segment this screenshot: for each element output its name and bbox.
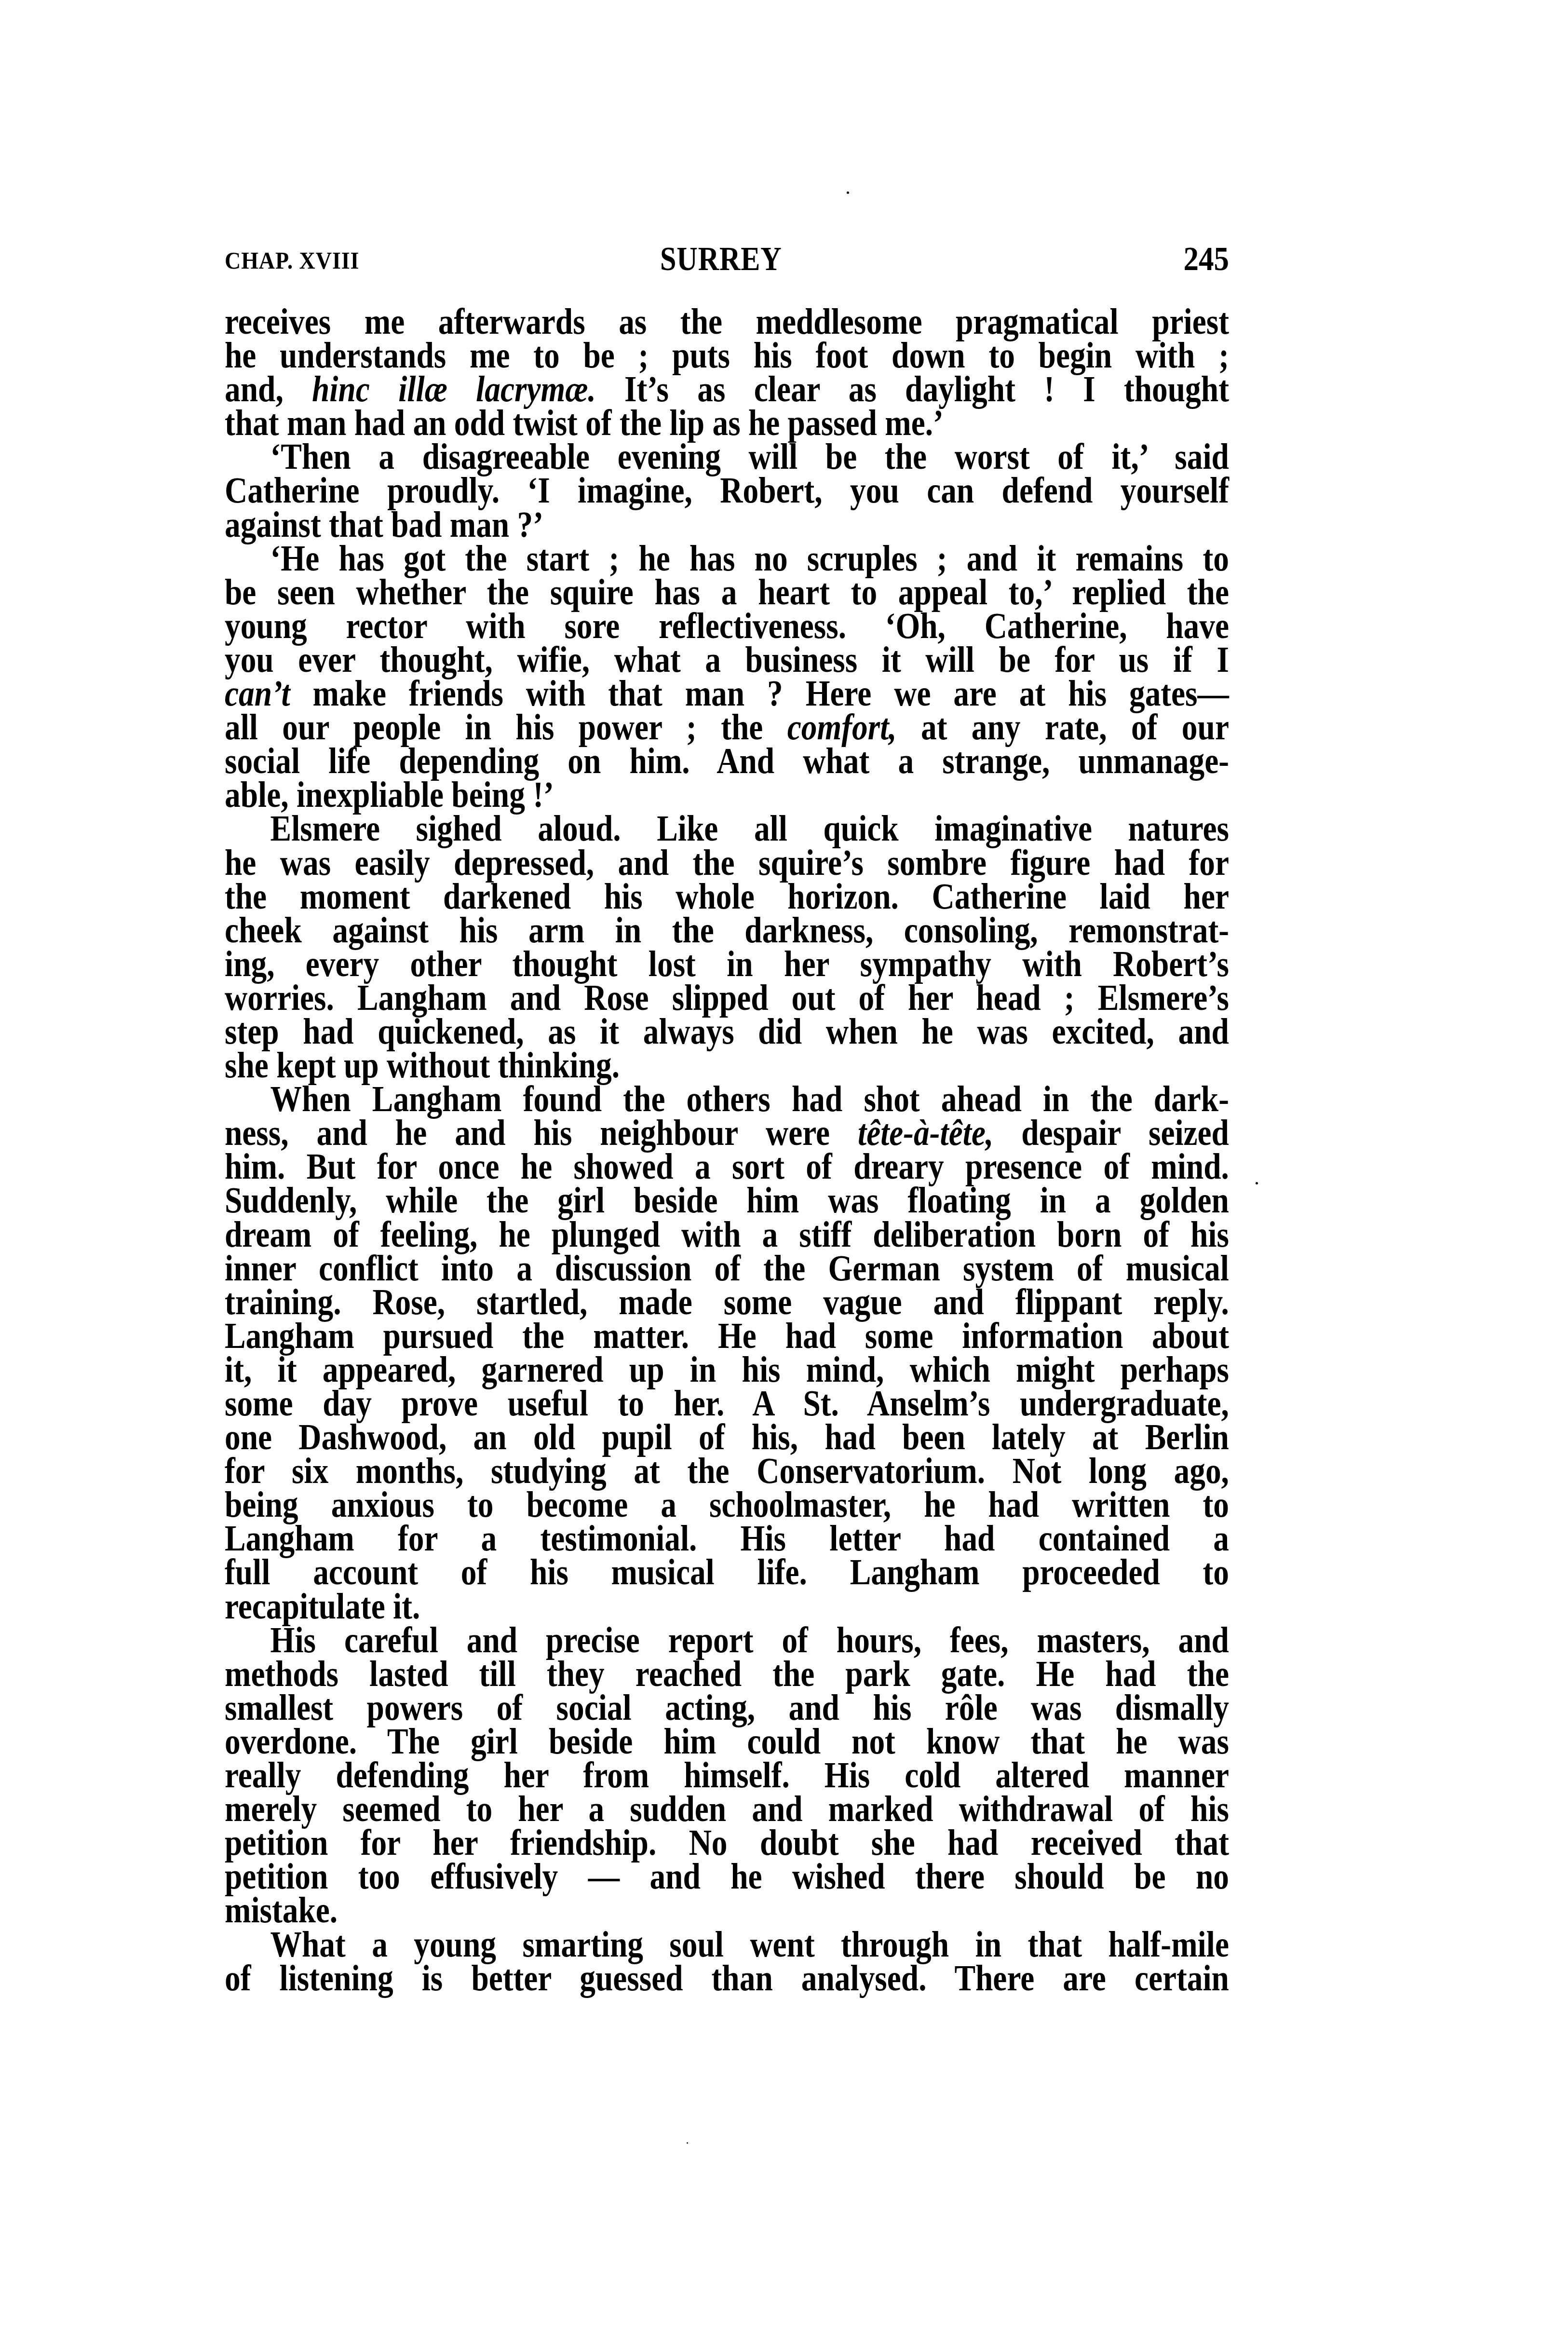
paragraph: Elsmere sighed aloud. Like all quick ima… xyxy=(225,812,1229,1082)
text-line: one Dashwood, an old pupil of his, had b… xyxy=(225,1420,1229,1454)
text-line: he understands me to be ; puts his foot … xyxy=(225,339,1229,372)
chapter-label: CHAP. XVIII xyxy=(225,246,359,275)
text-line: ness, and he and his neighbour were tête… xyxy=(225,1116,1229,1150)
text-line: all our people in his power ; the comfor… xyxy=(225,710,1229,744)
text-line: worries. Langham and Rose slipped out of… xyxy=(225,981,1229,1015)
running-title: SURREY xyxy=(660,241,782,278)
text-line: mistake. xyxy=(225,1893,1229,1927)
text-line: against that bad man ?’ xyxy=(225,508,1229,542)
text-line: he was easily depressed, and the squire’… xyxy=(225,846,1229,880)
text-line: the moment darkened his whole horizon. C… xyxy=(225,880,1229,913)
text-line: Suddenly, while the girl beside him was … xyxy=(225,1183,1229,1217)
text-line: be seen whether the squire has a heart t… xyxy=(225,575,1229,609)
text-line: able, inexpliable being !’ xyxy=(225,778,1229,812)
text-line: for six months, studying at the Conserva… xyxy=(225,1454,1229,1488)
text-line: you ever thought, wifie, what a business… xyxy=(225,643,1229,677)
text-line: full account of his musical life. Langha… xyxy=(225,1555,1229,1589)
text-line: step had quickened, as it always did whe… xyxy=(225,1015,1229,1048)
text-line: inner conflict into a discussion of the … xyxy=(225,1251,1229,1285)
text-line: What a young smarting soul went through … xyxy=(225,1928,1229,1961)
text-line: some day prove useful to her. A St. Anse… xyxy=(225,1387,1229,1420)
text-line: cheek against his arm in the darkness, c… xyxy=(225,913,1229,947)
text-line: ‘He has got the start ; he has no scrupl… xyxy=(225,542,1229,575)
paragraph: ‘He has got the start ; he has no scrupl… xyxy=(225,542,1229,812)
text-line: training. Rose, startled, made some vagu… xyxy=(225,1285,1229,1319)
paragraph: What a young smarting soul went through … xyxy=(225,1928,1229,1995)
text-line: him. But for once he showed a sort of dr… xyxy=(225,1150,1229,1183)
text-line: Elsmere sighed aloud. Like all quick ima… xyxy=(225,812,1229,845)
scan-speck xyxy=(847,191,849,194)
text-line: receives me afterwards as the meddlesome… xyxy=(225,305,1229,339)
paragraph: ‘Then a disagreeable evening will be the… xyxy=(225,440,1229,541)
text-line: merely seemed to her a sudden and marked… xyxy=(225,1792,1229,1826)
paragraph: When Langham found the others had shot a… xyxy=(225,1082,1229,1623)
running-head: CHAP. XVIII SURREY 245 xyxy=(225,0,1229,289)
text-line: of listening is better guessed than anal… xyxy=(225,1961,1229,1995)
text-line: social life depending on him. And what a… xyxy=(225,744,1229,778)
text-line: ing, every other thought lost in her sym… xyxy=(225,947,1229,981)
text-line: recapitulate it. xyxy=(225,1590,1229,1623)
text-line: really defending her from himself. His c… xyxy=(225,1758,1229,1792)
text-line: it, it appeared, garnered up in his mind… xyxy=(225,1353,1229,1387)
text-line: overdone. The girl beside him could not … xyxy=(225,1725,1229,1758)
page-number: 245 xyxy=(1184,241,1230,278)
scan-speck xyxy=(687,2142,688,2144)
text-line: petition too effusively — and he wished … xyxy=(225,1860,1229,1893)
paragraph: His careful and precise report of hours,… xyxy=(225,1623,1229,1928)
text-line: and, hinc illæ lacrymæ. It’s as clear as… xyxy=(225,372,1229,406)
text-line: Langham for a testimonial. His letter ha… xyxy=(225,1522,1229,1555)
text-line: young rector with sore reflectiveness. ‘… xyxy=(225,609,1229,643)
text-line: His careful and precise report of hours,… xyxy=(225,1623,1229,1657)
text-line: being anxious to become a schoolmaster, … xyxy=(225,1488,1229,1522)
book-page: CHAP. XVIII SURREY 245 receives me after… xyxy=(0,0,1568,2352)
text-line: she kept up without thinking. xyxy=(225,1048,1229,1082)
text-line: When Langham found the others had shot a… xyxy=(225,1082,1229,1116)
text-line: petition for her friendship. No doubt sh… xyxy=(225,1826,1229,1860)
text-run: of listening is better guessed than anal… xyxy=(225,1958,1229,1999)
text-line: dream of feeling, he plunged with a stif… xyxy=(225,1218,1229,1251)
text-run: petition too effusively — and he wished … xyxy=(225,1856,1229,1897)
text-line: methods lasted till they reached the par… xyxy=(225,1657,1229,1691)
text-line: that man had an odd twist of the lip as … xyxy=(225,406,1229,440)
body-text: receives me afterwards as the meddlesome… xyxy=(225,305,1229,1995)
text-line: ‘Then a disagreeable evening will be the… xyxy=(225,440,1229,474)
scan-speck xyxy=(1256,1182,1258,1184)
text-line: Langham pursued the matter. He had some … xyxy=(225,1319,1229,1353)
paragraph: receives me afterwards as the meddlesome… xyxy=(225,305,1229,440)
text-line: smallest powers of social acting, and hi… xyxy=(225,1691,1229,1725)
text-line: can’t make friends with that man ? Here … xyxy=(225,677,1229,710)
text-line: Catherine proudly. ‘I imagine, Robert, y… xyxy=(225,474,1229,507)
